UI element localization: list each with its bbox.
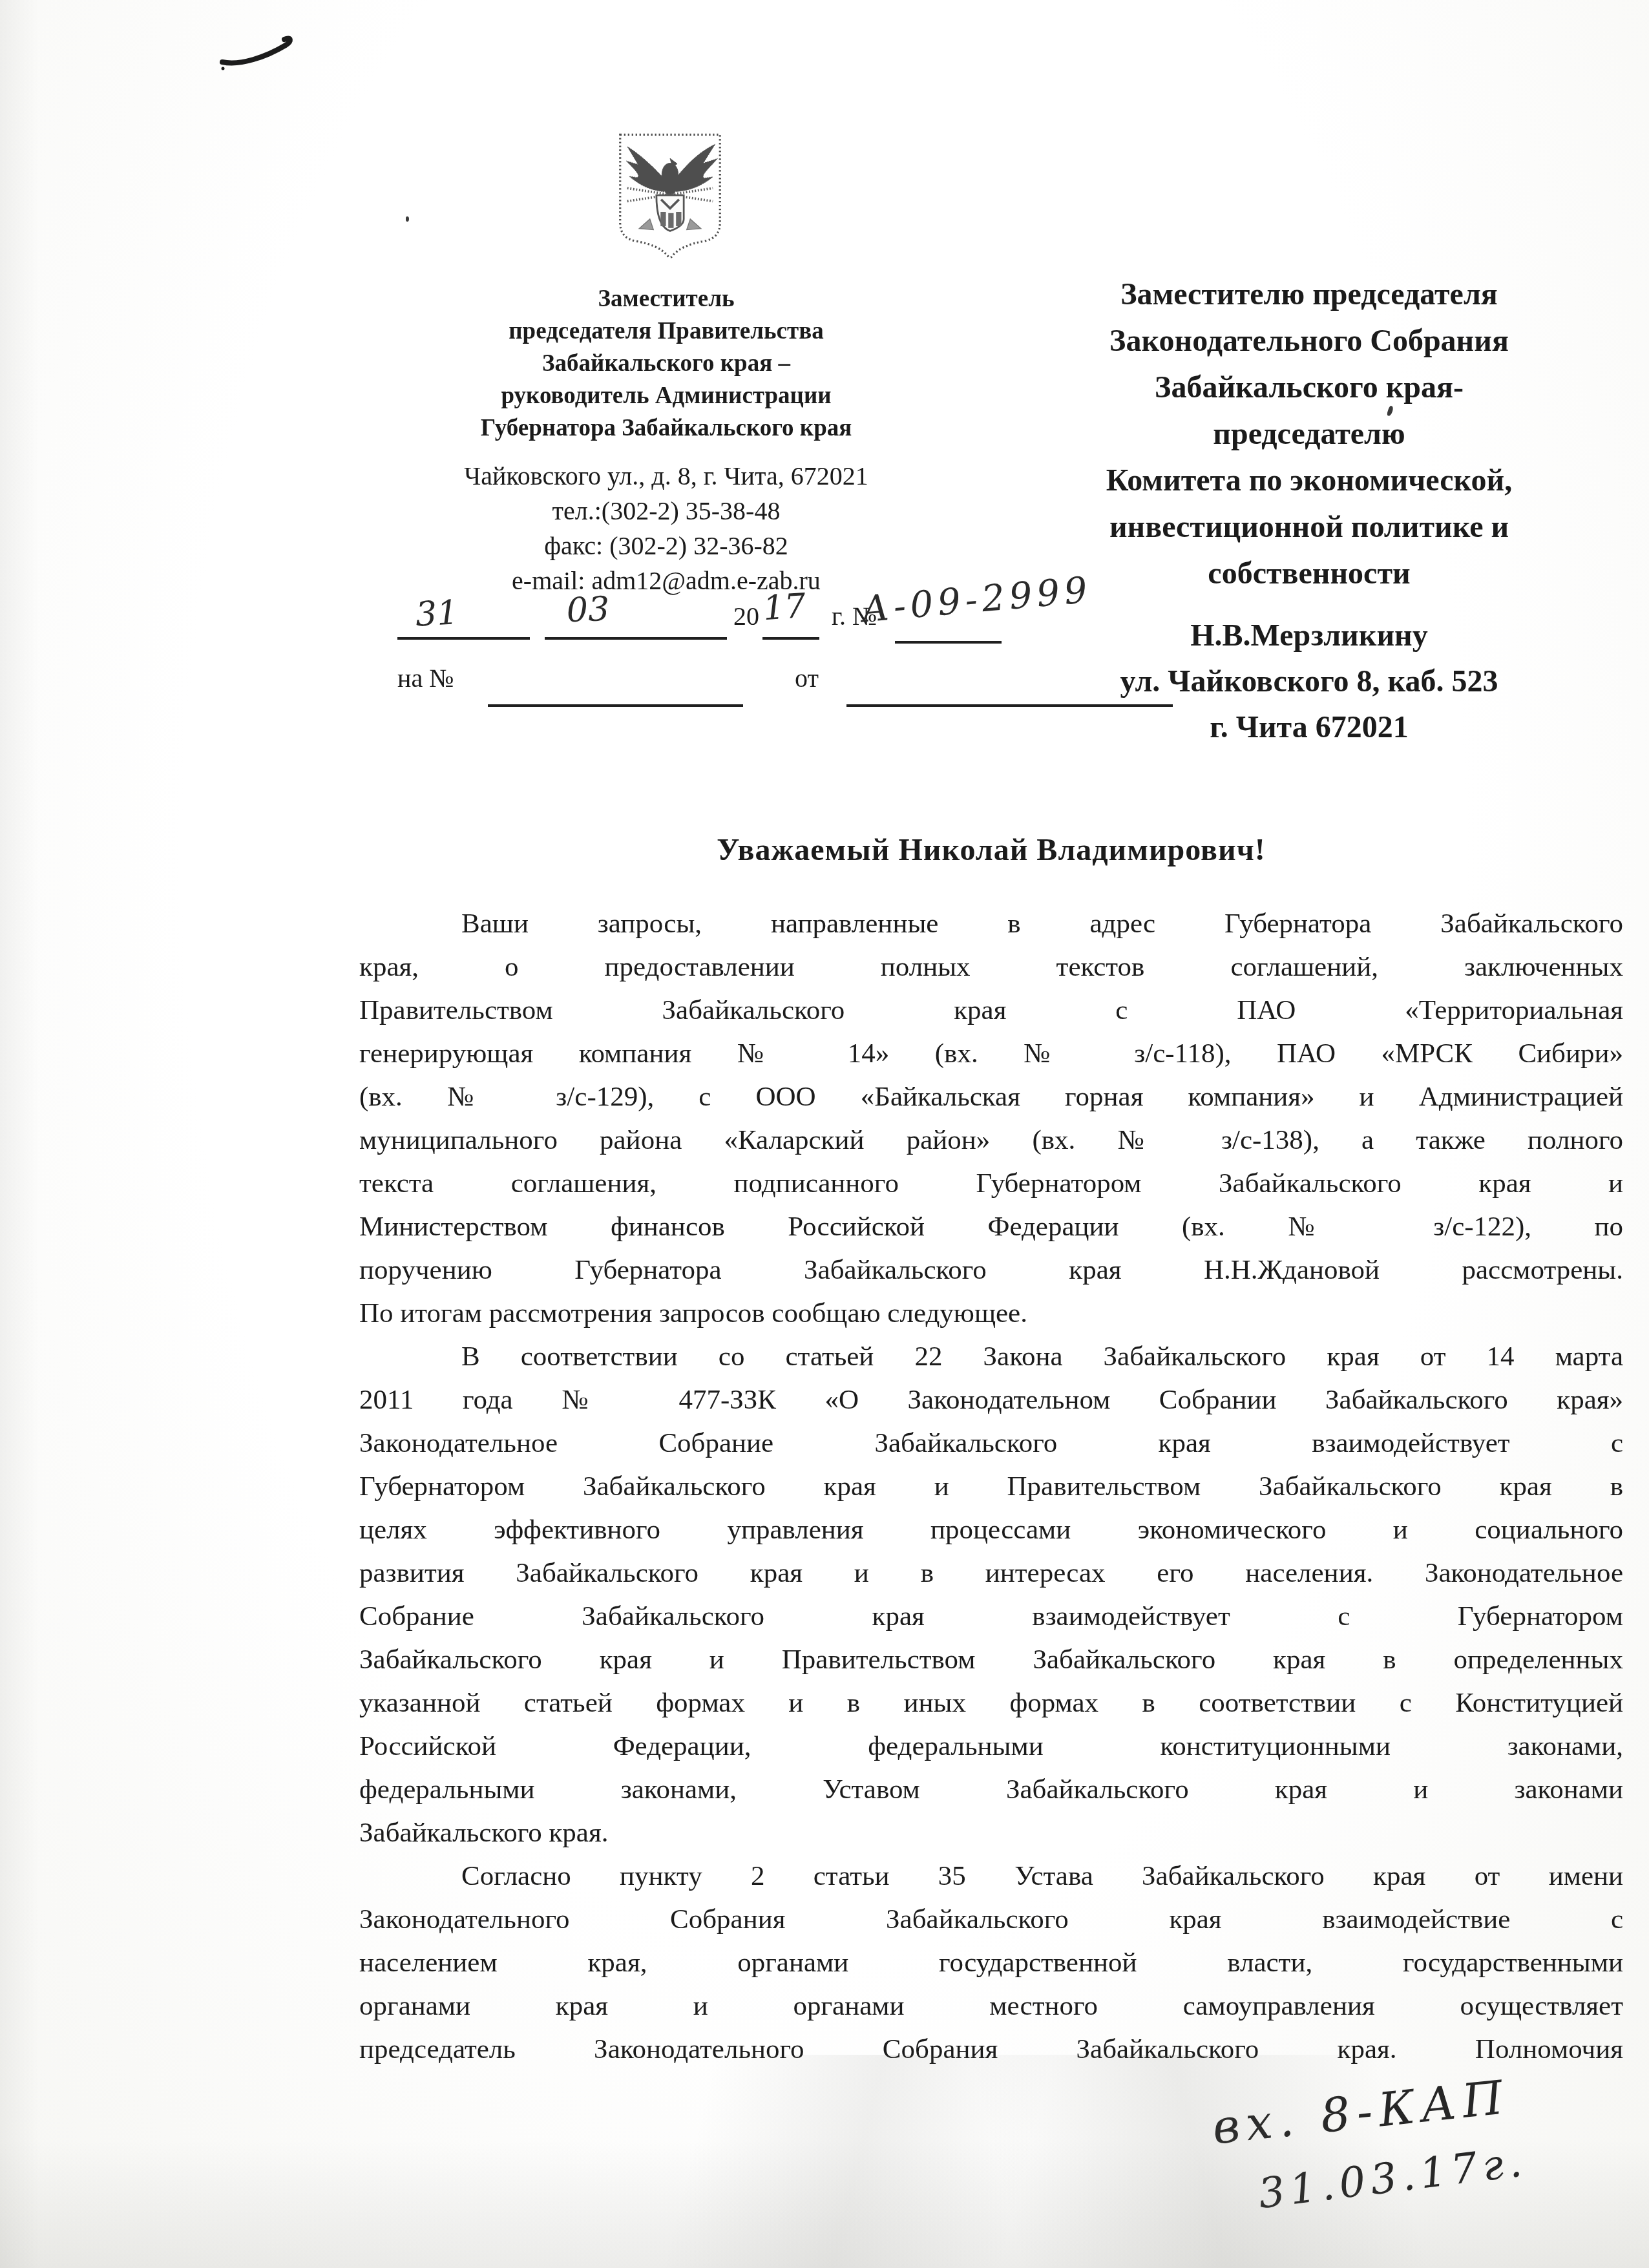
sender-address-block: Чайковского ул., д. 8, г. Чита, 672021те… [372,459,961,598]
body-text-line: Собрание Забайкальского края взаимодейст… [359,1595,1623,1638]
paragraph-2: В соответствии со статьей 22 Закона Заба… [359,1335,1623,1854]
body-text-line: 2011 года № 477-ЗЗК «О Законодательном С… [359,1378,1623,1422]
body-text-line: муниципального района «Каларский район» … [359,1118,1623,1162]
body-text-line: Российской Федерации, федеральными конст… [359,1725,1623,1768]
body-text-line: Губернатором Забайкальского края и Прави… [359,1465,1623,1508]
reply-no-blank-line [488,704,743,707]
number-blank-line [895,641,1002,644]
body-text-line: Ваши запросы, направленные в адрес Губер… [359,902,1623,945]
body-text-line: указанной статьей формах и в иных формах… [359,1681,1623,1725]
reference-block: 31 03 20 17 г. № А-09-2999 на № от [397,596,1140,719]
body-text-line: Министерством финансов Российской Федера… [359,1205,1623,1248]
handwritten-incoming-stamp: вх. 8-КАП 31.03.17г. [1210,2055,1649,2219]
body-text-line: Законодательного Собрания Забайкальского… [359,1898,1623,1941]
recipient-title-line: Забайкальского края- [1031,364,1588,411]
body-text-line: Забайкальского края. [359,1811,1623,1854]
recipient-title-line: Комитета по экономической, [1031,457,1588,504]
body-text-line: текста соглашения, подписанного Губернат… [359,1162,1623,1205]
body-text-line: Законодательное Собрание Забайкальского … [359,1422,1623,1465]
handwritten-date-month: 03 [566,590,610,630]
recipient-title-line: инвестиционной политике и [1031,504,1588,551]
sender-address-line: Чайковского ул., д. 8, г. Чита, 672021 [372,459,961,494]
sender-title-line: Забайкальского края – [372,348,961,380]
reply-from-label: от [795,663,819,693]
letter-body: Ваши запросы, направленные в адрес Губер… [359,902,1623,2071]
body-text-line: По итогам рассмотрения запросов сообщаю … [359,1292,1623,1335]
paragraph-1: Ваши запросы, направленные в адрес Губер… [359,902,1623,1335]
body-text-line: поручению Губернатора Забайкальского кра… [359,1248,1623,1292]
reply-no-label: на № [397,663,454,693]
body-text-line: целях эффективного управления процессами… [359,1508,1623,1551]
body-text-line: председатель Законодательного Собрания З… [359,2028,1623,2071]
body-text-line: развития Забайкальского края и в интерес… [359,1551,1623,1595]
recipient-title-block: Заместителю председателяЗаконодательного… [1031,271,1588,597]
paragraph-3: Согласно пункту 2 статьи 35 Устава Забай… [359,1854,1623,2071]
body-text-line: края, о предоставлении полных текстов со… [359,945,1623,989]
body-text-line: Забайкальского края и Правительством Заб… [359,1638,1623,1681]
scan-speck [406,216,409,222]
scan-edge-shade [0,0,39,2268]
body-text-line: генерирующая компания № 14» (вх. № з/с-1… [359,1032,1623,1075]
sender-title-line: Губернатора Забайкальского края [372,412,961,445]
coat-of-arms-zabaykalsky-krai-icon [611,128,730,266]
reply-from-blank-line [846,704,1173,707]
body-text-line: федеральными законами, Уставом Забайкаль… [359,1768,1623,1811]
body-text-line: В соответствии со статьей 22 Закона Заба… [359,1335,1623,1378]
recipient-title-line: Законодательного Собрания [1031,318,1588,364]
salutation: Уважаемый Николай Владимирович! [359,832,1623,868]
handwritten-stroke-icon [218,34,300,71]
handwritten-year: 17 [762,587,807,628]
recipient-title-line: собственности [1031,551,1588,597]
body-text-line: Согласно пункту 2 статьи 35 Устава Забай… [359,1854,1623,1898]
sender-title-line: Заместитель [372,283,961,315]
year-blank-line [762,637,819,640]
handwritten-date-day: 31 [414,593,459,634]
body-text-line: населением края, органами государственно… [359,1941,1623,1984]
body-text-line: (вх. № з/с-129), с ООО «Байкальская горн… [359,1075,1623,1118]
recipient-title-line: Заместителю председателя [1031,271,1588,318]
sender-address-line: факс: (302-2) 32-36-82 [372,529,961,563]
date-month-blank-line [545,637,727,640]
body-text-line: Правительством Забайкальского края с ПАО… [359,989,1623,1032]
sender-title-line: председателя Правительства [372,315,961,348]
sender-letterhead: Заместительпредседателя ПравительстваЗаб… [372,283,961,598]
recipient-title-line: председателю [1031,411,1588,457]
date-day-blank-line [397,637,530,640]
year-prefix: 20 [733,601,759,631]
scanned-letter-page: Заместительпредседателя ПравительстваЗаб… [0,0,1649,2268]
body-text-line: органами края и органами местного самоуп… [359,1984,1623,2028]
sender-title-line: руководитель Администрации [372,380,961,412]
sender-title-block: Заместительпредседателя ПравительстваЗаб… [372,283,961,445]
sender-address-line: тел.:(302-2) 35-38-48 [372,494,961,529]
